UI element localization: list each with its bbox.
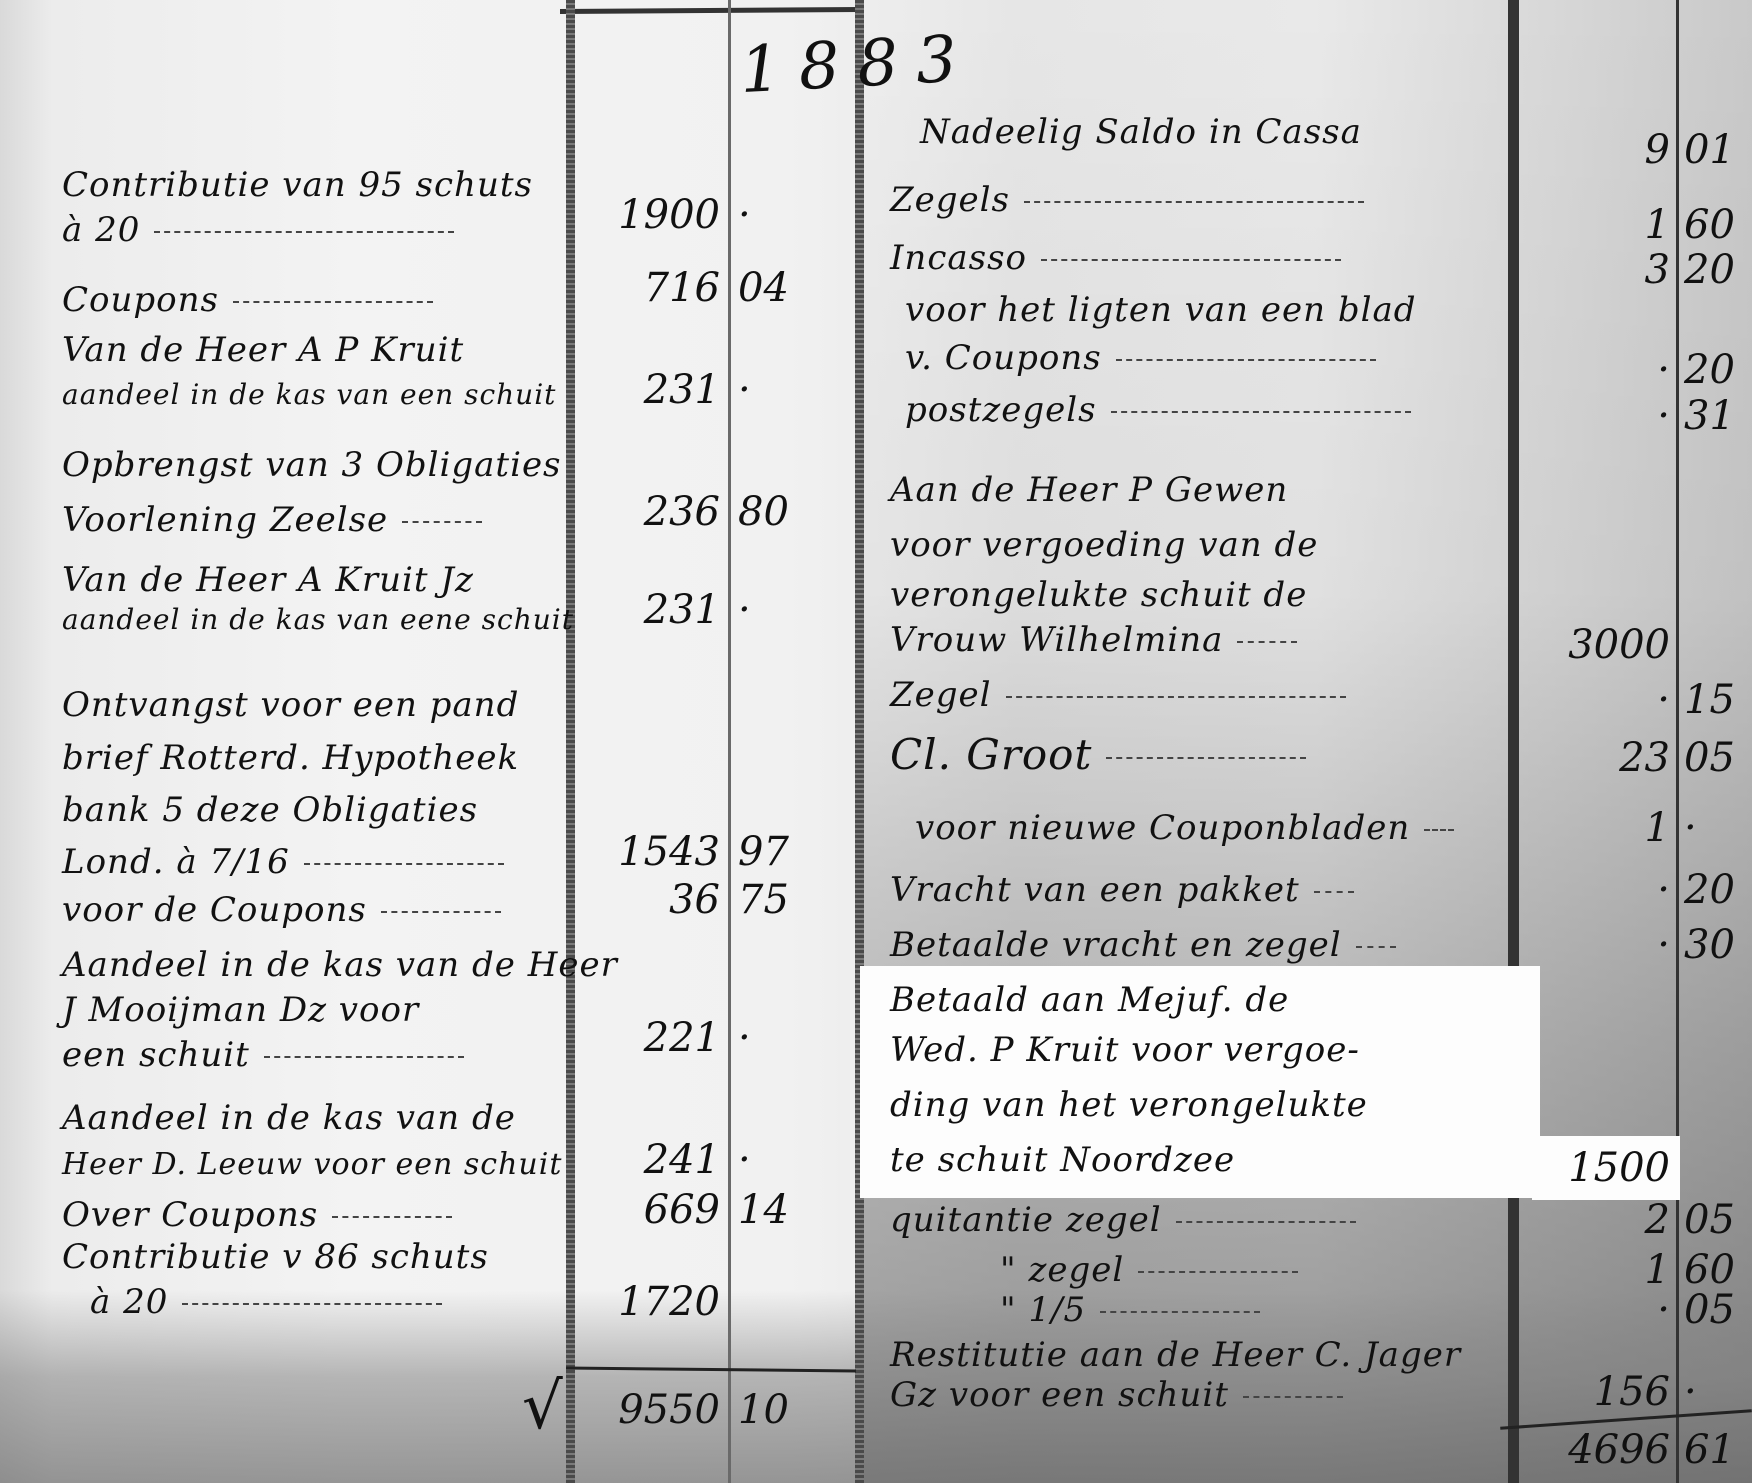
ledger-line: v. Coupons — [905, 338, 1376, 378]
ledger-line: Vrouw Wilhelmina — [890, 620, 1297, 660]
amount-cents: · — [1684, 808, 1750, 848]
ledger-line: Restitutie aan de Heer C. Jager — [890, 1335, 1461, 1375]
amount-guilders: 1543 — [560, 832, 720, 872]
amount-guilders: 231 — [560, 370, 720, 410]
amount-guilders: 221 — [560, 1018, 720, 1058]
ledger-line: Voorlening Zeelse — [62, 500, 482, 540]
amount-guilders: 1 — [1520, 1250, 1670, 1290]
amount-guilders: 156 — [1520, 1372, 1670, 1412]
right-cents-column-rule — [1676, 0, 1679, 1483]
amount-cents: 97 — [738, 832, 818, 872]
ledger-line: Aandeel in de kas van de Heer — [62, 945, 618, 985]
ledger-line: voor de Coupons — [62, 890, 501, 930]
amount-cents: · — [738, 590, 818, 630]
amount-guilders: 669 — [560, 1190, 720, 1230]
ledger-line: Heer D. Leeuw voor een schuit — [62, 1145, 562, 1185]
amount-cents: 30 — [1684, 925, 1750, 965]
amount-cents: 14 — [738, 1190, 818, 1230]
ledger-line: Wed. P Kruit voor vergoe- — [890, 1030, 1360, 1070]
amount-cents: 20 — [1684, 350, 1750, 390]
amount-guilders: 1720 — [560, 1282, 720, 1322]
ledger-line: postzegels — [905, 390, 1411, 430]
ledger-line: à 20 — [62, 210, 454, 250]
amount-guilders: · — [1520, 396, 1670, 436]
ledger-line: Coupons — [62, 280, 433, 320]
ledger-line: voor het ligten van een blad — [905, 290, 1417, 330]
ledger-line: Aandeel in de kas van de — [62, 1098, 516, 1138]
ledger-line: quitantie zegel — [890, 1200, 1356, 1240]
amount-guilders: 3 — [1520, 250, 1670, 290]
amount-guilders: · — [1520, 1290, 1670, 1330]
ledger-line: Contributie v 86 schuts — [62, 1237, 489, 1277]
amount-guilders: 1500 — [1520, 1148, 1670, 1188]
ledger-line: Over Coupons — [62, 1195, 452, 1235]
ledger-line: Lond. à 7/16 — [62, 842, 504, 882]
ledger-line: voor vergoeding van de — [890, 525, 1318, 565]
right-amount-column-rule — [1508, 0, 1519, 1483]
amount-cents: 05 — [1684, 1200, 1750, 1240]
amount-cents: 04 — [738, 268, 818, 308]
amount-cents: · — [738, 195, 818, 235]
ledger-line: Incasso — [890, 238, 1341, 278]
amount-cents: 20 — [1684, 870, 1750, 910]
amount-cents: 60 — [1684, 205, 1750, 245]
ledger-line: " 1/5 — [1000, 1290, 1260, 1330]
amount-guilders: 2 — [1520, 1200, 1670, 1240]
amount-cents: 75 — [738, 880, 818, 920]
total-guilders: 4696 — [1520, 1430, 1670, 1470]
amount-cents: · — [738, 1018, 818, 1058]
amount-cents: 80 — [738, 492, 818, 532]
amount-cents: 05 — [1684, 738, 1750, 778]
amount-cents: 60 — [1684, 1250, 1750, 1290]
amount-guilders: 3000 — [1520, 625, 1670, 665]
ledger-line: verongelukte schuit de — [890, 575, 1307, 615]
header-rule — [560, 7, 860, 14]
ledger-line: Opbrengst van 3 Obligaties — [62, 445, 562, 485]
total-cents: 61 — [1684, 1430, 1750, 1470]
amount-cents: 01 — [1684, 130, 1750, 170]
amount-guilders: 1900 — [560, 195, 720, 235]
amount-guilders: 23 — [1520, 738, 1670, 778]
ledger-line: Betaalde vracht en zegel — [890, 925, 1396, 965]
amount-cents: · — [738, 370, 818, 410]
amount-cents: · — [1684, 1372, 1750, 1412]
ledger-line: Gz voor een schuit — [890, 1375, 1343, 1415]
amount-cents: 31 — [1684, 396, 1750, 436]
check-mark-icon: √ — [522, 1370, 563, 1444]
ledger-line: Betaald aan Mejuf. de — [890, 980, 1289, 1020]
amount-cents: · — [738, 1140, 818, 1180]
ledger-line: Aan de Heer P Gewen — [890, 470, 1288, 510]
amount-guilders: 1 — [1520, 205, 1670, 245]
amount-guilders: 36 — [560, 880, 720, 920]
ledger-line: aandeel in de kas van eene schuit — [62, 600, 574, 640]
amount-guilders: · — [1520, 870, 1670, 910]
amount-guilders: 1 — [1520, 808, 1670, 848]
ledger-line: te schuit Noordzee — [890, 1140, 1235, 1180]
ledger-line: een schuit — [62, 1035, 464, 1075]
ledger-line: Nadeelig Saldo in Cassa — [920, 112, 1362, 152]
ledger-line: Cl. Groot — [890, 735, 1306, 775]
amount-guilders: · — [1520, 350, 1670, 390]
amount-cents: 05 — [1684, 1290, 1750, 1330]
amount-guilders: 9 — [1520, 130, 1670, 170]
page-gutter-rule — [855, 0, 864, 1483]
ledger-line: Van de Heer A Kruit Jz — [62, 560, 474, 600]
ledger-line: brief Rotterd. Hypotheek — [62, 738, 519, 778]
ledger-line: Zegel — [890, 675, 1346, 715]
ledger-line: à 20 — [90, 1282, 442, 1322]
year-heading: 1883 — [738, 22, 976, 108]
amount-guilders: · — [1520, 925, 1670, 965]
ledger-line: Van de Heer A P Kruit — [62, 330, 464, 370]
ledger-line: aandeel in de kas van een schuit — [62, 375, 556, 415]
ledger-line: J Mooijman Dz voor — [62, 990, 419, 1030]
total-cents: 10 — [738, 1390, 818, 1430]
ledger-line: voor nieuwe Couponbladen — [915, 808, 1454, 848]
total-guilders: 9550 — [560, 1390, 720, 1430]
ledger-line: ding van het verongelukte — [890, 1085, 1368, 1125]
amount-cents: 20 — [1684, 250, 1750, 290]
amount-guilders: 241 — [560, 1140, 720, 1180]
amount-guilders: 236 — [560, 492, 720, 532]
amount-guilders: · — [1520, 680, 1670, 720]
ledger-line: Zegels — [890, 180, 1364, 220]
amount-cents: 15 — [1684, 680, 1750, 720]
ledger-line: Ontvangst voor een pand — [62, 685, 519, 725]
ledger-line: Vracht van een pakket — [890, 870, 1354, 910]
ledger-line: Contributie van 95 schuts — [62, 165, 533, 205]
ledger-line: bank 5 deze Obligaties — [62, 790, 478, 830]
amount-guilders: 231 — [560, 590, 720, 630]
ledger-line: " zegel — [1000, 1250, 1298, 1290]
left-cents-column-rule — [728, 0, 731, 1483]
amount-guilders: 716 — [560, 268, 720, 308]
